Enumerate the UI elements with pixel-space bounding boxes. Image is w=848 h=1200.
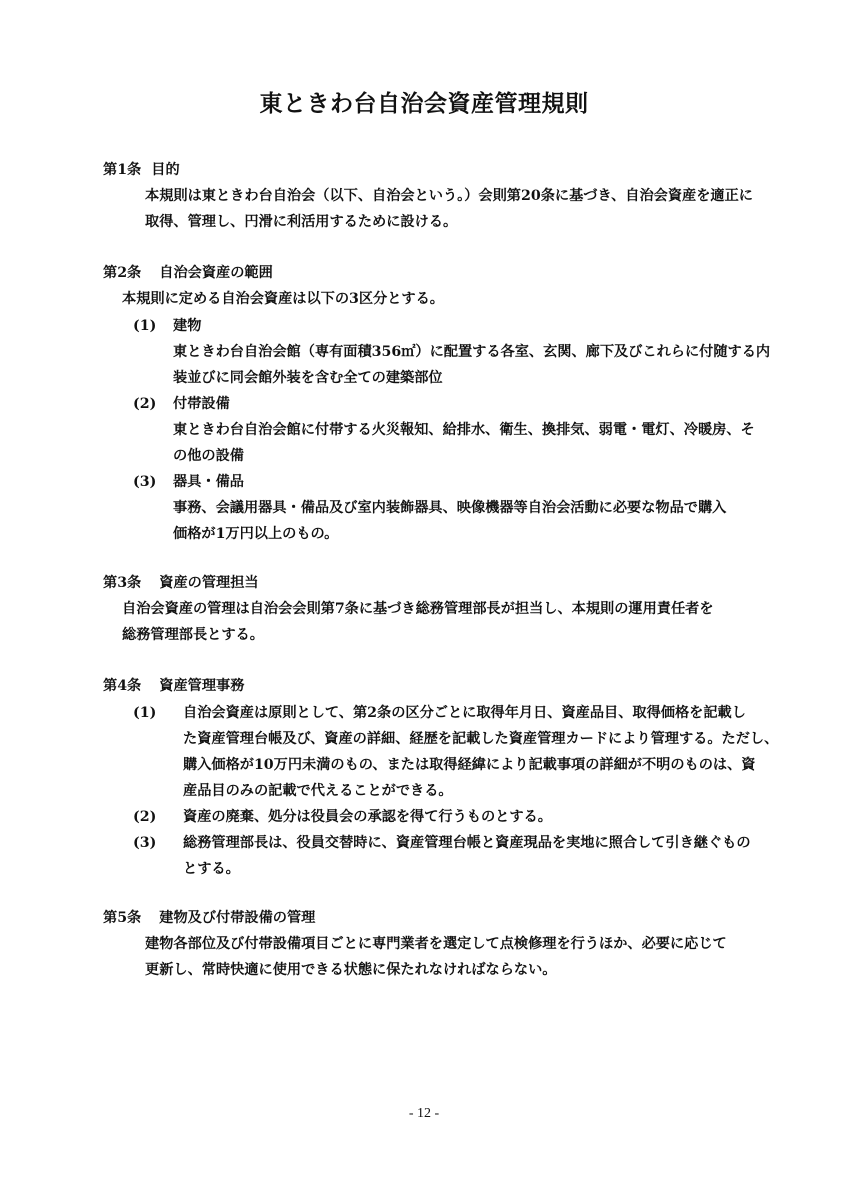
article-4-heading: 第4条資産管理事務: [103, 676, 244, 696]
article-2-heading: 第2条自治会資産の範囲: [103, 263, 273, 283]
article-title: 資産管理事務: [159, 676, 244, 696]
item-number: (3): [133, 472, 156, 492]
item-text-line: とする。: [183, 859, 240, 879]
article-5-heading: 第5条建物及び付帯設備の管理: [103, 908, 315, 928]
item-text-line: た資産管理台帳及び、資産の詳細、経歴を記載した資産管理カードにより管理する。ただ…: [183, 729, 778, 749]
item-label: 付帯設備: [173, 394, 230, 414]
article-3-body-line: 総務管理部長とする。: [122, 625, 264, 645]
item-text-line: 資産の廃棄、処分は役員会の承認を得て行うものとする。: [183, 807, 552, 827]
article-number: 第4条: [103, 676, 141, 696]
item-label: 器具・備品: [173, 472, 244, 492]
document-page: 東ときわ台自治会資産管理規則 第1条目的 本規則は東ときわ台自治会（以下、自治会…: [0, 0, 848, 1200]
article-number: 第3条: [103, 573, 141, 593]
article-5-body-line: 更新し、常時快適に使用できる状態に保たれなければならない。: [145, 960, 556, 980]
item-text-line: 総務管理部長は、役員交替時に、資産管理台帳と資産現品を実地に照合して引き継ぐもの: [183, 833, 751, 853]
item-text-line: 東ときわ台自治会館に付帯する火災報知、給排水、衛生、換排気、弱電・電灯、冷暖房、…: [173, 420, 755, 440]
item-text-line: 自治会資産は原則として、第2条の区分ごとに取得年月日、資産品目、取得価格を記載し: [183, 703, 746, 723]
item-text-line: 価格が1万円以上のもの。: [173, 524, 338, 544]
article-1-body-line: 取得、管理し、円滑に利活用するために設ける。: [145, 212, 457, 232]
item-number: (1): [133, 703, 156, 723]
article-number: 第2条: [103, 263, 141, 283]
document-title: 東ときわ台自治会資産管理規則: [0, 88, 848, 120]
article-3-body-line: 自治会資産の管理は自治会会則第7条に基づき総務管理部長が担当し、本規則の運用責任…: [122, 599, 714, 619]
item-text-line: 産品目のみの記載で代えることができる。: [183, 781, 453, 801]
article-title: 目的: [151, 160, 179, 180]
item-text-line: 購入価格が10万円未満のもの、または取得経緯により記載事項の詳細が不明のものは、…: [183, 755, 756, 775]
item-text-line: 装並びに同会館外装を含む全ての建築部位: [173, 368, 443, 388]
article-2-body-line: 本規則に定める自治会資産は以下の3区分とする。: [122, 289, 444, 309]
article-5-body-line: 建物各部位及び付帯設備項目ごとに専門業者を選定して点検修理を行うほか、必要に応じ…: [145, 934, 727, 954]
article-1-heading: 第1条目的: [103, 160, 180, 180]
item-text-line: 事務、会議用器具・備品及び室内装飾器具、映像機器等自治会活動に必要な物品で購入: [173, 498, 726, 518]
item-number: (1): [133, 316, 156, 336]
article-title: 建物及び付帯設備の管理: [159, 908, 315, 928]
item-number: (2): [133, 394, 156, 414]
item-number: (2): [133, 807, 156, 827]
item-text-line: の他の設備: [173, 446, 244, 466]
article-title: 自治会資産の範囲: [159, 263, 273, 283]
article-3-heading: 第3条資産の管理担当: [103, 573, 259, 593]
article-1-body-line: 本規則は東ときわ台自治会（以下、自治会という。）会則第20条に基づき、自治会資産…: [145, 186, 753, 206]
article-number: 第1条: [103, 160, 141, 180]
article-title: 資産の管理担当: [159, 573, 258, 593]
item-text-line: 東ときわ台自治会館（専有面積356㎡）に配置する各室、玄関、廊下及びこれらに付随…: [173, 342, 770, 362]
page-number: - 12 -: [0, 1104, 848, 1124]
article-number: 第5条: [103, 908, 141, 928]
item-number: (3): [133, 833, 156, 853]
item-label: 建物: [173, 316, 201, 336]
